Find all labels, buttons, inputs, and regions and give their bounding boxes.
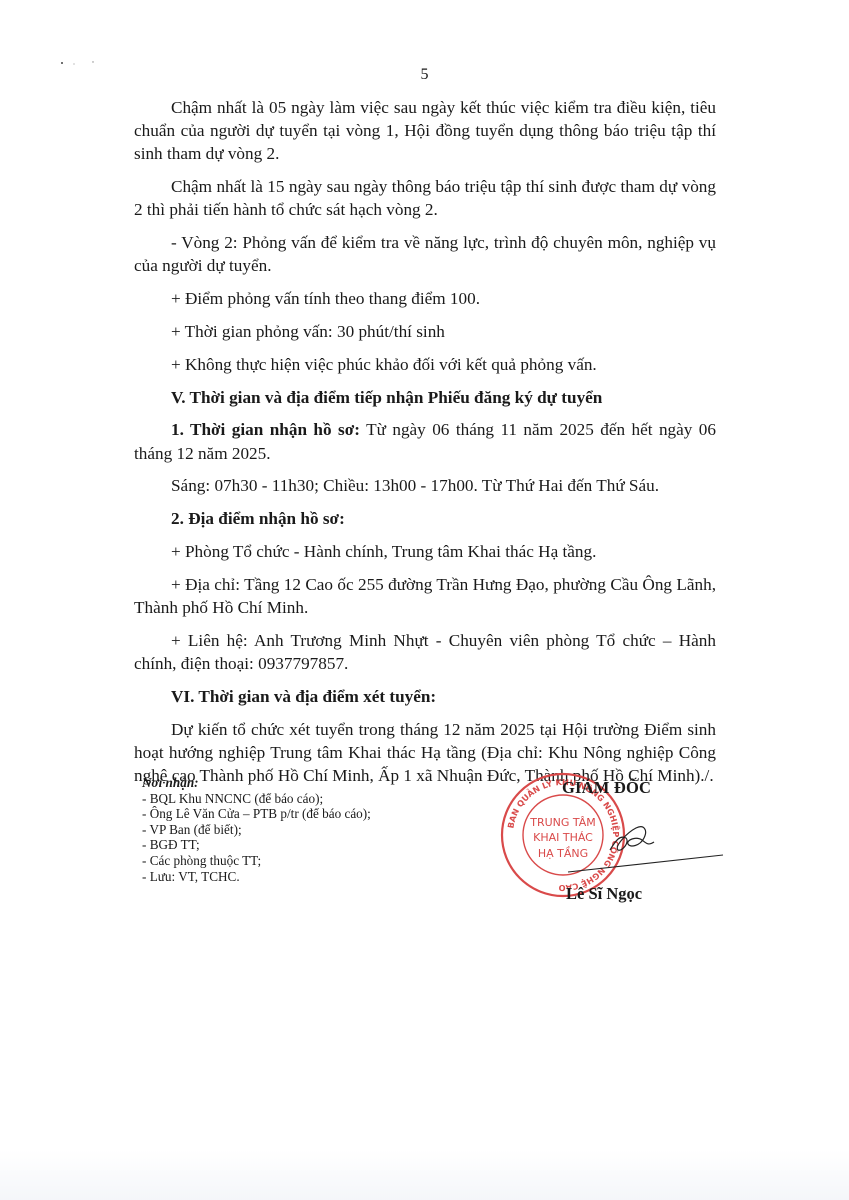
receipt-contact: + Liên hệ: Anh Trương Minh Nhựt - Chuyên…	[134, 629, 716, 675]
signature-block: BAN QUẢN LÝ KHU NÔNG NGHIỆP CÔNG NGHỆ CA…	[498, 770, 738, 920]
paragraph: + Thời gian phỏng vấn: 30 phút/thí sinh	[134, 320, 716, 343]
receipt-time: 1. Thời gian nhận hồ sơ: Từ ngày 06 thán…	[134, 418, 716, 464]
scan-edge-shading	[0, 1150, 849, 1200]
paragraph: + Điểm phỏng vấn tính theo thang điểm 10…	[134, 287, 716, 310]
recipient-item: - Các phòng thuộc TT;	[142, 853, 472, 869]
paragraph: + Không thực hiện việc phúc khảo đối với…	[134, 353, 716, 376]
handwritten-signature-icon	[558, 810, 728, 880]
receipt-time-label: 1. Thời gian nhận hồ sơ:	[171, 420, 360, 439]
paragraph: Chậm nhất là 15 ngày sau ngày thông báo …	[134, 175, 716, 221]
scan-specks	[60, 55, 100, 65]
page-number: 5	[0, 66, 849, 84]
recipient-item: - Lưu: VT, TCHC.	[142, 869, 472, 885]
recipient-item: - VP Ban (để biết);	[142, 822, 472, 838]
document-body: Chậm nhất là 05 ngày làm việc sau ngày k…	[134, 96, 716, 797]
signer-title: GIÁM ĐỐC	[562, 778, 651, 798]
recipient-item: - Ông Lê Văn Cửa – PTB p/tr (để báo cáo)…	[142, 806, 472, 822]
section-v-heading: V. Thời gian và địa điểm tiếp nhận Phiếu…	[134, 386, 716, 409]
receipt-place-label: 2. Địa điểm nhận hồ sơ:	[134, 507, 716, 530]
recipient-item: - BGĐ TT;	[142, 837, 472, 853]
paragraph: - Vòng 2: Phỏng vấn để kiểm tra về năng …	[134, 231, 716, 277]
recipients-block: Nơi nhận: - BQL Khu NNCNC (để báo cáo); …	[142, 775, 472, 884]
recipients-title: Nơi nhận:	[142, 775, 472, 791]
recipient-item: - BQL Khu NNCNC (để báo cáo);	[142, 791, 472, 807]
signer-name: Lê Sĩ Ngọc	[566, 884, 642, 904]
office-hours: Sáng: 07h30 - 11h30; Chiều: 13h00 - 17h0…	[134, 474, 716, 497]
receipt-address: + Địa chỉ: Tầng 12 Cao ốc 255 đường Trần…	[134, 573, 716, 619]
receipt-office: + Phòng Tổ chức - Hành chính, Trung tâm …	[134, 540, 716, 563]
section-vi-heading: VI. Thời gian và địa điểm xét tuyển:	[134, 685, 716, 708]
paragraph: Chậm nhất là 05 ngày làm việc sau ngày k…	[134, 96, 716, 166]
